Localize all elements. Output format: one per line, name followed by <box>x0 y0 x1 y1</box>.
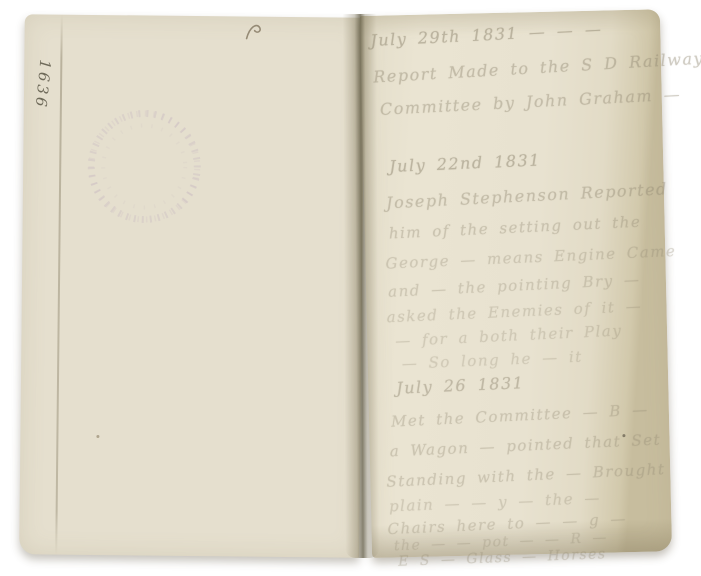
spine-number: 1636 <box>32 59 55 111</box>
manuscript-line-date: July 22nd 1831 <box>389 150 541 176</box>
manuscript-line: Committee by John Graham — <box>380 85 682 119</box>
manuscript-line: Met the Committee — B — <box>391 400 649 430</box>
left-page: 1636 <box>19 14 365 558</box>
manuscript-line-date: July 26 1831 <box>396 373 525 398</box>
cover-hinge-crease <box>55 15 63 555</box>
manuscript-line: Standing with the — Brought <box>386 460 666 491</box>
stain-mark <box>243 19 269 45</box>
manuscript-line: and — the pointing Bry — <box>388 270 641 300</box>
manuscript-line-date: July 29th 1831 — — — <box>370 19 603 50</box>
manuscript-line: him of the setting out the <box>388 213 641 243</box>
manuscript-line: George — means Engine Came <box>385 242 677 273</box>
manuscript-line: — for a both their Play <box>395 321 623 350</box>
manuscript-line: Report Made to the S D Railway <box>373 49 701 87</box>
manuscript-line: Joseph Stephenson Reported <box>386 179 669 212</box>
open-manuscript-book: 1636 July 29th 1831 — — — Report Made to… <box>0 0 701 576</box>
paper-speck <box>96 435 99 438</box>
manuscript-line: — So long he — it <box>401 348 583 373</box>
book-gutter <box>343 14 380 558</box>
ink-speck <box>622 434 625 437</box>
ink-stamp-icon <box>68 91 220 243</box>
right-page: July 29th 1831 — — — Report Made to the … <box>360 9 672 558</box>
manuscript-line: a Wagon — pointed that Set <box>389 431 661 461</box>
